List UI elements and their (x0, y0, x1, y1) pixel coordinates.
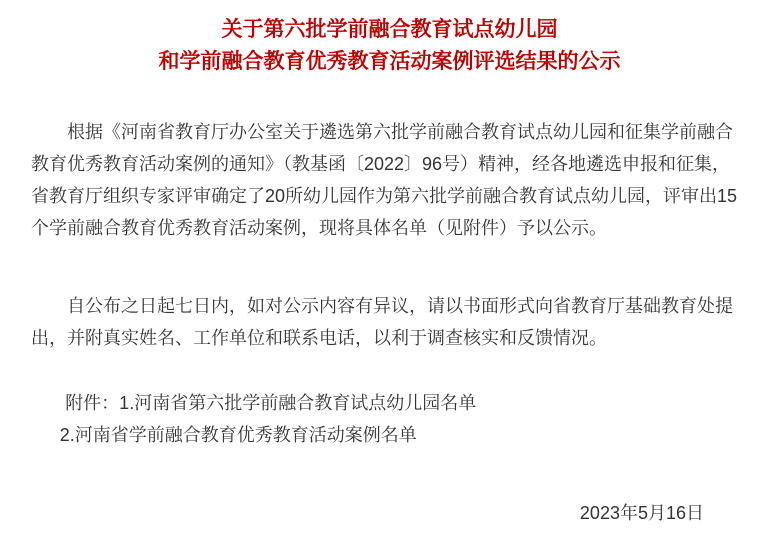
announcement-page: 关于第六批学前融合教育试点幼儿园 和学前融合教育优秀教育活动案例评选结果的公示 … (0, 0, 779, 544)
body-line: 省教育厅组织专家评审确定了20所幼儿园作为第六批学前融合教育试点幼儿园，评审出1… (31, 180, 748, 212)
date-line: 2023年5月16日 (31, 497, 748, 529)
attachment-list: 附件：1.河南省第六批学前融合教育试点幼儿园名单 2.河南省学前融合教育优秀教育… (31, 387, 748, 451)
announcement-body: 根据《河南省教育厅办公室关于遴选第六批学前融合教育试点幼儿园和征集学前融合 教育… (31, 116, 748, 529)
announcement-title: 关于第六批学前融合教育试点幼儿园 和学前融合教育优秀教育活动案例评选结果的公示 (0, 14, 779, 78)
paragraph-basis: 根据《河南省教育厅办公室关于遴选第六批学前融合教育试点幼儿园和征集学前融合 教育… (31, 116, 748, 244)
body-line: 出，并附真实姓名、工作单位和联系电话，以利于调查核实和反馈情况。 (31, 322, 748, 354)
attachment-line-1: 附件：1.河南省第六批学前融合教育试点幼儿园名单 (31, 387, 748, 419)
body-line: 教育优秀教育活动案例的通知》（教基函〔2022〕96号）精神，经各地遴选申报和征… (31, 148, 748, 180)
attachment-line-2: 2.河南省学前融合教育优秀教育活动案例名单 (31, 419, 748, 451)
title-line-1: 关于第六批学前融合教育试点幼儿园 (0, 14, 779, 46)
body-line: 个学前融合教育优秀教育活动案例，现将具体名单（见附件）予以公示。 (31, 212, 748, 244)
body-line: 根据《河南省教育厅办公室关于遴选第六批学前融合教育试点幼儿园和征集学前融合 (31, 116, 748, 148)
paragraph-objection: 自公布之日起七日内，如对公示内容有异议，请以书面形式向省教育厅基础教育处提 出，… (31, 290, 748, 354)
title-line-2: 和学前融合教育优秀教育活动案例评选结果的公示 (0, 46, 779, 78)
body-line: 自公布之日起七日内，如对公示内容有异议，请以书面形式向省教育厅基础教育处提 (31, 290, 748, 322)
